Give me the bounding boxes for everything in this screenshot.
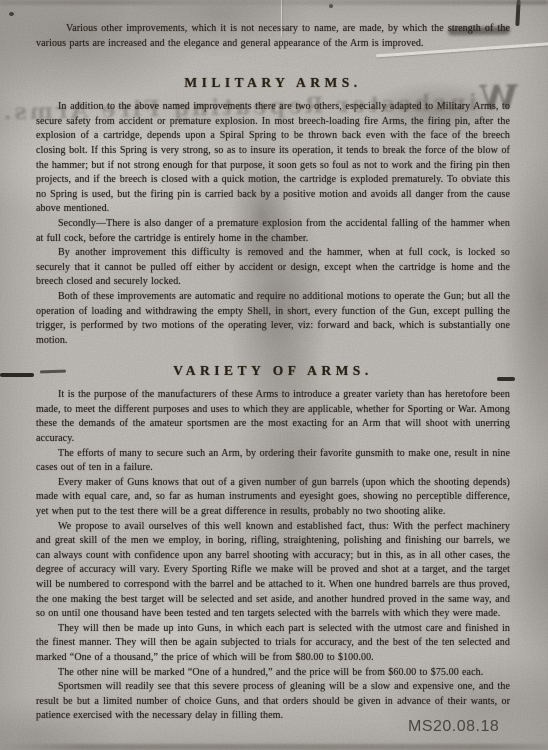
paragraph: The other nine will be marked “One of a … — [36, 666, 510, 681]
paragraph: Secondly—There is also danger of a prema… — [36, 217, 510, 246]
paragraph: In addition to the above named improveme… — [36, 100, 510, 217]
paragraph: They will then be made up into Guns, in … — [36, 622, 510, 666]
intro-paragraph: Various other improvements, which it is … — [36, 22, 510, 51]
scanned-catalog-page: Winchester Repeating Fire Arms. Various … — [0, 0, 548, 750]
paragraph: The efforts of many to secure such an Ar… — [36, 447, 510, 476]
paragraph: Both of these improvements are automatic… — [36, 290, 510, 348]
heading-military-arms: MILITARY ARMS. — [36, 75, 510, 91]
scan-edge-shadow — [0, 744, 548, 750]
accession-number: MS20.08.18 — [408, 718, 499, 736]
paragraph: We propose to avail ourselves of this we… — [36, 520, 510, 622]
paragraph: It is the purpose of the manufacturers o… — [36, 388, 510, 446]
heading-variety-of-arms: VARIETY OF ARMS. — [36, 363, 510, 379]
paragraph: By another improvement this difficulty i… — [36, 246, 510, 290]
page-content: Various other improvements, which it is … — [0, 0, 548, 724]
paragraph: Every maker of Guns knows that out of a … — [36, 476, 510, 520]
